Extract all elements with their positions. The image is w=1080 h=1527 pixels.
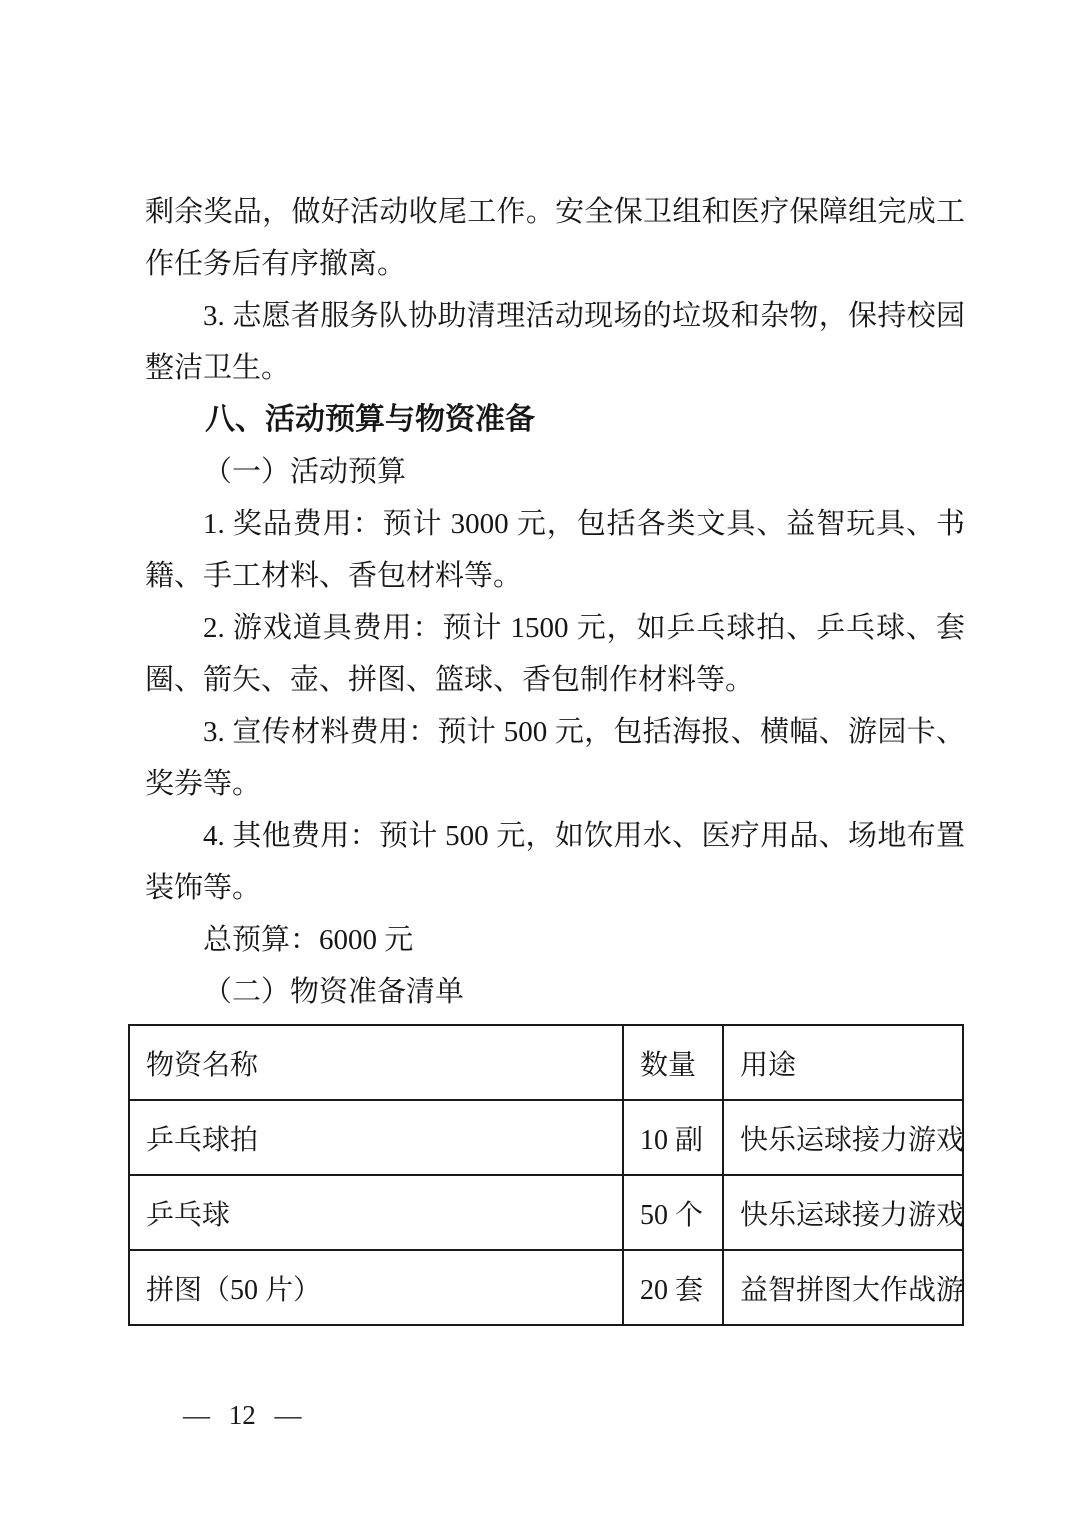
section-heading-budget-and-materials: 八、活动预算与物资准备 [145, 394, 965, 446]
page-number: — 12 — [183, 1398, 302, 1432]
subsection-heading-activity-budget: （一）活动预算 [145, 446, 965, 498]
document-page: 剩余奖品，做好活动收尾工作。安全保卫组和医疗保障组完成工作任务后有序撤离。 3.… [0, 0, 1080, 1527]
paragraph-other-cost: 4. 其他费用：预计 500 元，如饮用水、医疗用品、场地布置装饰等。 [145, 810, 965, 914]
table-row: 拼图（50 片） 20 套 益智拼图大作战游 [129, 1250, 963, 1325]
cell-quantity: 50 个 [623, 1175, 723, 1250]
cell-material-name: 拼图（50 片） [129, 1250, 623, 1325]
paragraph-closing-work: 剩余奖品，做好活动收尾工作。安全保卫组和医疗保障组完成工作任务后有序撤离。 [145, 186, 965, 290]
paragraph-total-budget: 总预算：6000 元 [145, 914, 965, 966]
paragraph-prize-cost: 1. 奖品费用：预计 3000 元，包括各类文具、益智玩具、书籍、手工材料、香包… [145, 498, 965, 602]
cell-purpose: 益智拼图大作战游 [723, 1250, 963, 1325]
subsection-heading-materials-list: （二）物资准备清单 [145, 966, 965, 1018]
document-content: 剩余奖品，做好活动收尾工作。安全保卫组和医疗保障组完成工作任务后有序撤离。 3.… [0, 0, 1080, 1326]
cell-quantity: 20 套 [623, 1250, 723, 1325]
paragraph-publicity-materials-cost: 3. 宣传材料费用：预计 500 元，包括海报、横幅、游园卡、奖券等。 [145, 706, 965, 810]
cell-material-name: 乒乓球拍 [129, 1100, 623, 1175]
materials-table: 物资名称 数量 用途 乒乓球拍 10 副 快乐运球接力游戏 乒乓球 50 个 快… [128, 1024, 964, 1326]
column-header-material-name: 物资名称 [129, 1025, 623, 1100]
cell-quantity: 10 副 [623, 1100, 723, 1175]
table-row: 乒乓球拍 10 副 快乐运球接力游戏 [129, 1100, 963, 1175]
cell-material-name: 乒乓球 [129, 1175, 623, 1250]
column-header-purpose: 用途 [723, 1025, 963, 1100]
paragraph-volunteer-cleanup: 3. 志愿者服务队协助清理活动现场的垃圾和杂物，保持校园整洁卫生。 [145, 290, 965, 394]
cell-purpose: 快乐运球接力游戏 [723, 1175, 963, 1250]
paragraph-game-props-cost: 2. 游戏道具费用：预计 1500 元，如乒乓球拍、乒乓球、套圈、箭矢、壶、拼图… [145, 602, 965, 706]
table-row: 乒乓球 50 个 快乐运球接力游戏 [129, 1175, 963, 1250]
table-header-row: 物资名称 数量 用途 [129, 1025, 963, 1100]
cell-purpose: 快乐运球接力游戏 [723, 1100, 963, 1175]
column-header-quantity: 数量 [623, 1025, 723, 1100]
